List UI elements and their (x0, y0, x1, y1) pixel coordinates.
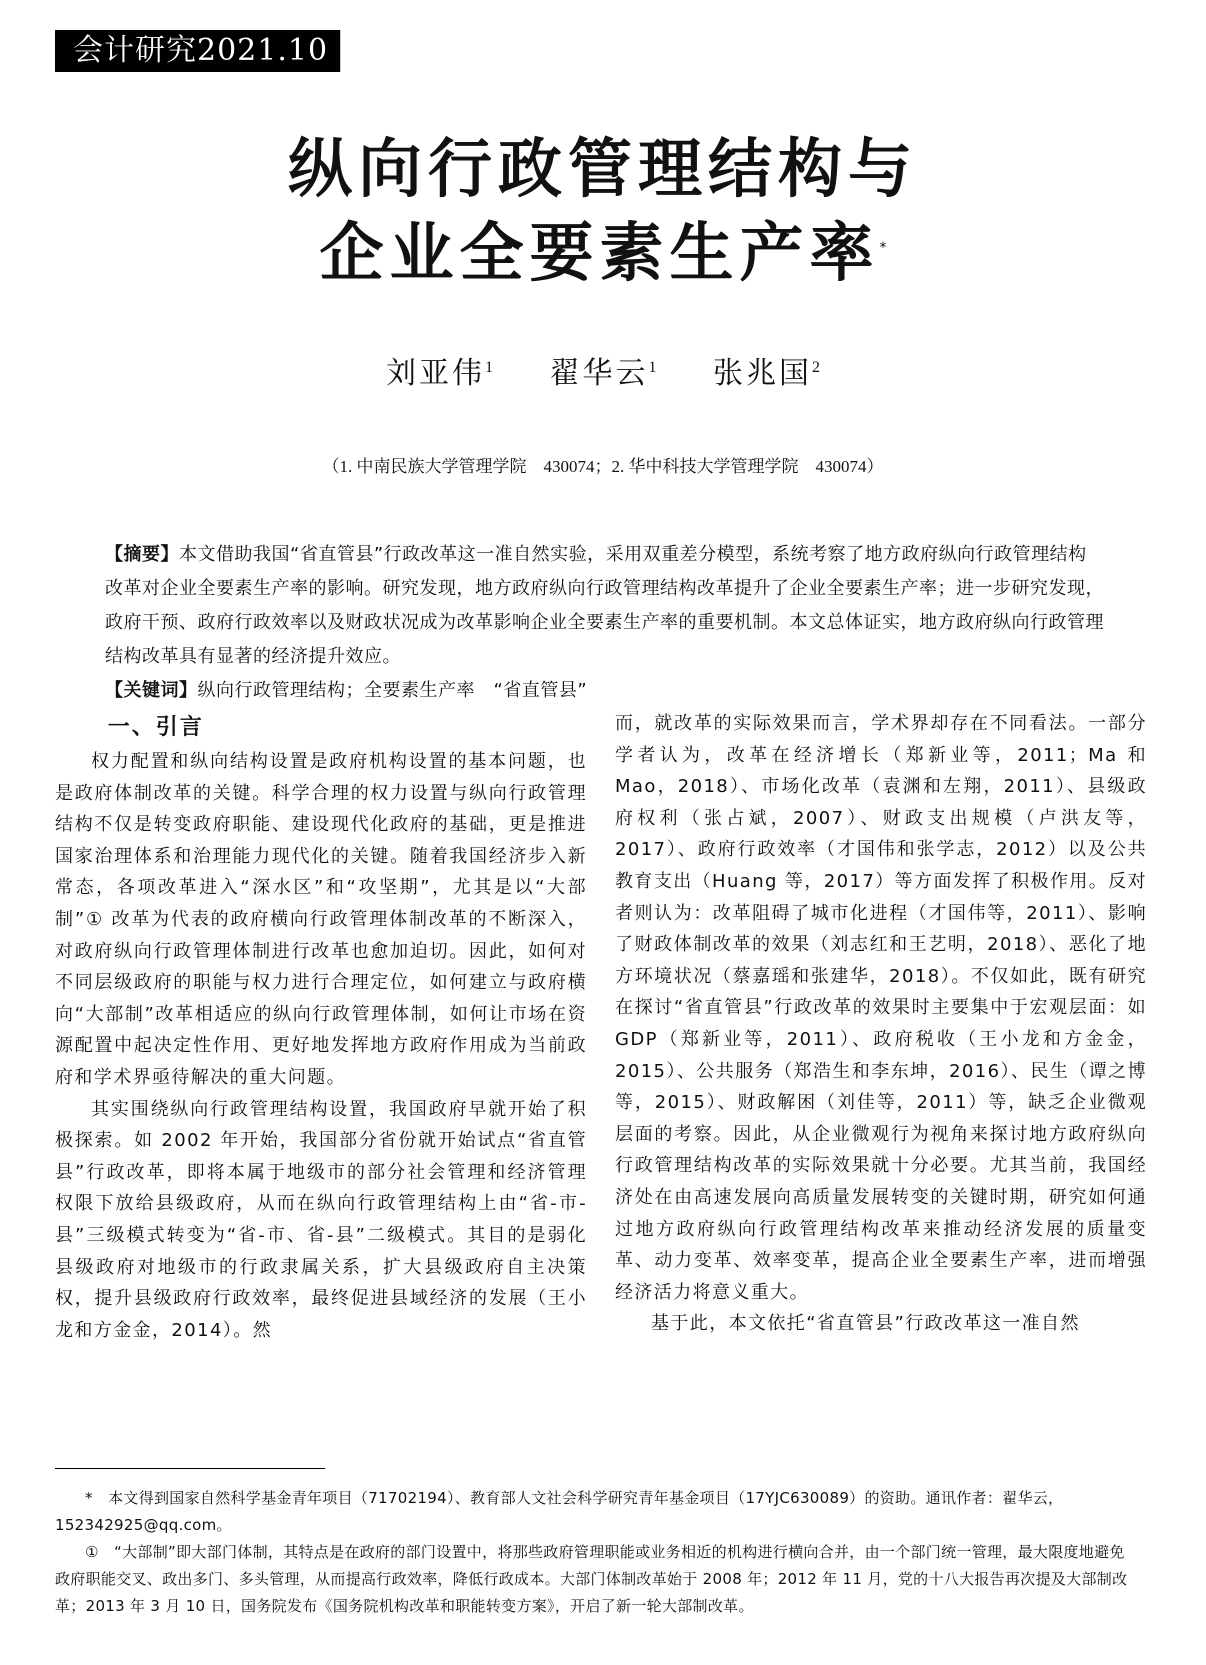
section-heading: 一、引言 (108, 712, 587, 744)
title-line-1: 纵向行政管理结构与 (0, 128, 1206, 212)
paragraph: 其实围绕纵向行政管理结构设置，我国政府早就开始了积极探索。如 2002 年开始，… (55, 1094, 587, 1347)
paragraph: 基于此，本文依托“省直管县”行政改革这一准自然 (615, 1308, 1147, 1340)
author-affil-mark: 1 (649, 359, 657, 376)
affiliation: （1. 中南民族大学管理学院 430074；2. 华中科技大学管理学院 4300… (0, 452, 1206, 477)
footnotes: * 本文得到国家自然科学基金青年项目（71702194）、教育部人文社会科学研究… (55, 1485, 1130, 1620)
author: 翟华云1 (550, 356, 657, 391)
article-title: 纵向行政管理结构与 企业全要素生产率* (0, 128, 1206, 296)
abstract-text: 本文借助我国“省直管县”行政改革这一准自然实验，采用双重差分模型，系统考察了地方… (105, 544, 1104, 667)
keywords-label: 【关键词】 (105, 680, 198, 701)
header-divider (340, 30, 341, 72)
title-line-2-text: 企业全要素生产率 (320, 217, 880, 291)
author-name: 翟华云 (550, 356, 649, 391)
right-column: 而，就改革的实际效果而言，学术界却存在不同看法。一部分学者认为，改革在经济增长（… (615, 708, 1147, 1340)
abstract: 【摘要】本文借助我国“省直管县”行政改革这一准自然实验，采用双重差分模型，系统考… (105, 538, 1105, 674)
journal-header: 会计研究2021.10 (55, 30, 341, 72)
footnote-funding: * 本文得到国家自然科学基金青年项目（71702194）、教育部人文社会科学研究… (55, 1485, 1130, 1539)
keywords-text: 纵向行政管理结构；全要素生产率 “省直管县” (198, 680, 588, 701)
author: 刘亚伟1 (386, 356, 493, 391)
title-footnote-mark: * (880, 240, 887, 256)
journal-name: 会计研究2021.10 (55, 30, 340, 72)
paragraph: 而，就改革的实际效果而言，学术界却存在不同看法。一部分学者认为，改革在经济增长（… (615, 708, 1147, 1308)
abstract-label: 【摘要】 (105, 544, 179, 565)
author-list: 刘亚伟1 翟华云1 张兆国2 (0, 348, 1206, 392)
author-name: 刘亚伟 (386, 356, 485, 391)
author-name: 张兆国 (713, 356, 812, 391)
title-line-2: 企业全要素生产率* (0, 212, 1206, 296)
author-affil-mark: 2 (812, 359, 820, 376)
abstract-block: 【摘要】本文借助我国“省直管县”行政改革这一准自然实验，采用双重差分模型，系统考… (105, 538, 1105, 708)
footnote-rule (55, 1468, 325, 1469)
footnote-1: ① “大部制”即大部门体制，其特点是在政府的部门设置中，将那些政府管理职能或业务… (55, 1539, 1130, 1620)
paragraph: 权力配置和纵向结构设置是政府机构设置的基本问题，也是政府体制改革的关键。科学合理… (55, 746, 587, 1094)
author-affil-mark: 1 (485, 359, 493, 376)
keywords: 【关键词】纵向行政管理结构；全要素生产率 “省直管县” (105, 674, 1105, 708)
author: 张兆国2 (713, 356, 820, 391)
left-column: 一、引言 权力配置和纵向结构设置是政府机构设置的基本问题，也是政府体制改革的关键… (55, 712, 587, 1346)
